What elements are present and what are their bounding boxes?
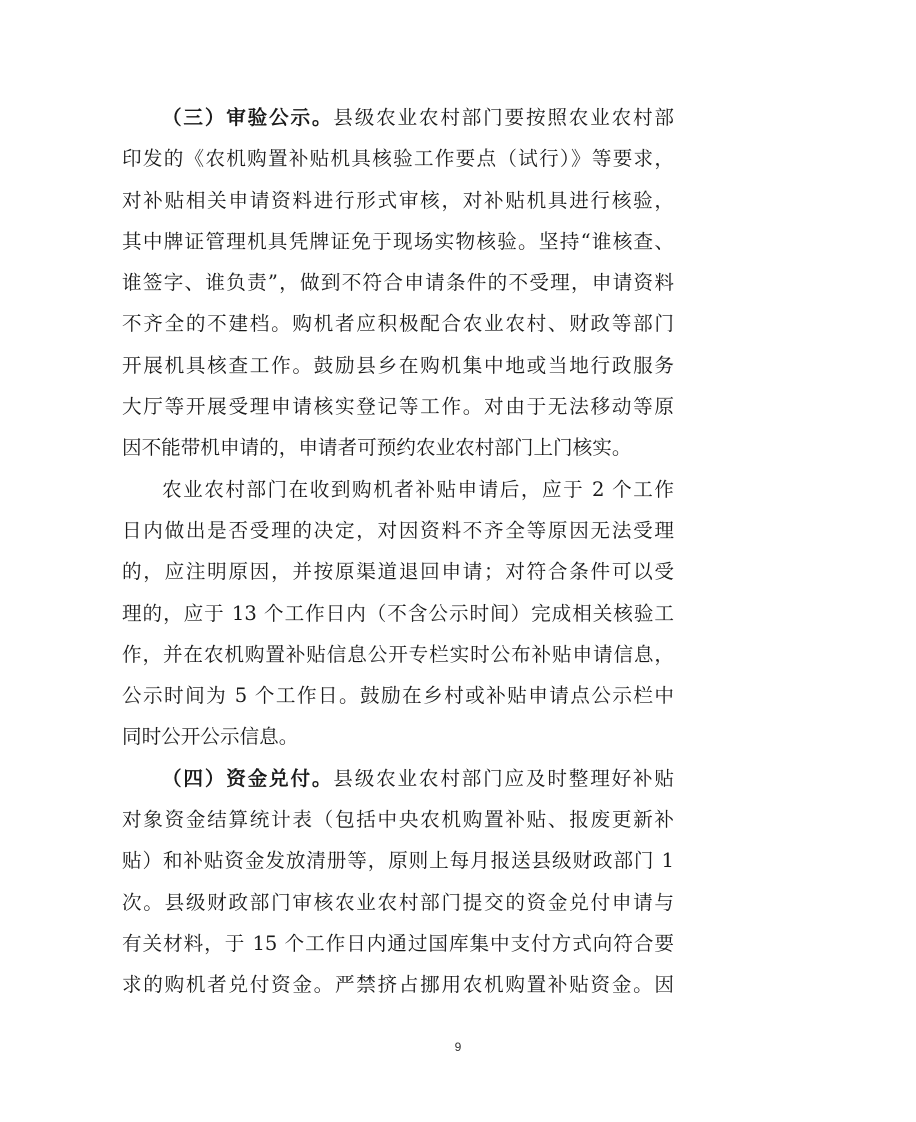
- paragraph-line: 作，并在农机购置补贴信息公开专栏实时公布补贴申请信息，: [122, 634, 674, 675]
- paragraph-line: （三）审验公示。县级农业农村部门要按照农业农村部: [122, 97, 674, 138]
- document-page: （三）审验公示。县级农业农村部门要按照农业农村部 印发的《农机购置补贴机具核验工…: [0, 0, 916, 1122]
- paragraph-line: 印发的《农机购置补贴机具核验工作要点（试行）》等要求，: [122, 138, 674, 179]
- paragraph-line: 次。县级财政部门审核农业农村部门提交的资金兑付申请与: [122, 882, 674, 923]
- paragraph-line: 同时公开公示信息。: [122, 716, 674, 757]
- paragraph-line: （四）资金兑付。县级农业农村部门应及时整理好补贴: [122, 758, 674, 799]
- body-text: （三）审验公示。县级农业农村部门要按照农业农村部 印发的《农机购置补贴机具核验工…: [122, 97, 674, 1006]
- paragraph-line: 公示时间为 5 个工作日。鼓励在乡村或补贴申请点公示栏中: [122, 675, 674, 716]
- paragraph-line: 其中牌证管理机具凭牌证免于现场实物核验。坚持“谁核查、: [122, 221, 674, 262]
- page-number: 9: [0, 1040, 916, 1054]
- paragraph-line: 不齐全的不建档。购机者应积极配合农业农村、财政等部门: [122, 303, 674, 344]
- section-heading: （四）资金兑付。: [162, 767, 333, 790]
- paragraph-line: 贴）和补贴资金发放清册等，原则上每月报送县级财政部门 1: [122, 840, 674, 881]
- paragraph-line: 谁签字、谁负责”，做到不符合申请条件的不受理，申请资料: [122, 262, 674, 303]
- paragraph-line: 求的购机者兑付资金。严禁挤占挪用农机购置补贴资金。因: [122, 964, 674, 1005]
- paragraph-line: 开展机具核查工作。鼓励县乡在购机集中地或当地行政服务: [122, 345, 674, 386]
- paragraph-line: 对象资金结算统计表（包括中央农机购置补贴、报废更新补: [122, 799, 674, 840]
- paragraph-line: 有关材料，于 15 个工作日内通过国库集中支付方式向符合要: [122, 923, 674, 964]
- paragraph-line: 的，应注明原因，并按原渠道退回申请；对符合条件可以受: [122, 551, 674, 592]
- paragraph-line: 因不能带机申请的，申请者可预约农业农村部门上门核实。: [122, 427, 674, 468]
- paragraph-line: 日内做出是否受理的决定，对因资料不齐全等原因无法受理: [122, 510, 674, 551]
- paragraph-line: 对补贴相关申请资料进行形式审核，对补贴机具进行核验，: [122, 180, 674, 221]
- paragraph-line: 大厅等开展受理申请核实登记等工作。对由于无法移动等原: [122, 386, 674, 427]
- paragraph-line: 理的，应于 13 个工作日内（不含公示时间）完成相关核验工: [122, 593, 674, 634]
- section-heading: （三）审验公示。: [162, 106, 333, 129]
- paragraph-line: 农业农村部门在收到购机者补贴申请后，应于 2 个工作: [122, 469, 674, 510]
